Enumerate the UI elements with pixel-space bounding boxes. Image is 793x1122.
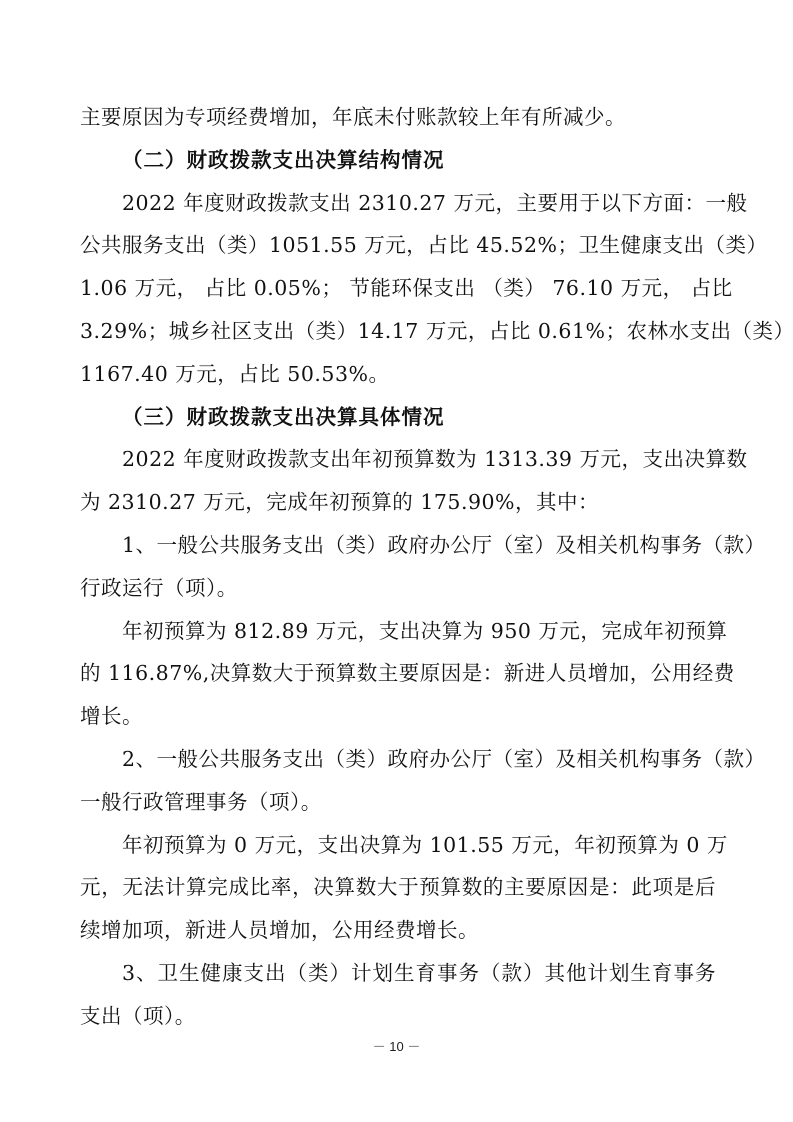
list-item-3-title: 支出（项）。 (80, 995, 716, 1038)
list-item-2-title: 2、一般公共服务支出（类）政府办公厅（室）及相关机构事务（款） (80, 738, 716, 781)
paragraph-line: 元，无法计算完成比率，决算数大于预算数的主要原因是：此项是后 (80, 866, 716, 909)
paragraph-line: 续增加项，新进人员增加，公用经费增长。 (80, 909, 716, 952)
paragraph-line: 1167.40 万元，占比 50.53%。 (80, 353, 716, 396)
paragraph-line: 2022 年度财政拨款支出年初预算数为 1313.39 万元，支出决算数 (80, 438, 716, 481)
page-number: － 10 － (0, 1036, 793, 1055)
section-heading-details: （三）财政拨款支出决算具体情况 (80, 396, 716, 439)
paragraph-line: 的 116.87%,决算数大于预算数主要原因是：新进人员增加，公用经费 (80, 652, 716, 695)
paragraph-line: 为 2310.27 万元，完成年初预算的 175.90%，其中： (80, 481, 716, 524)
list-item-3-title: 3、卫生健康支出（类）计划生育事务（款）其他计划生育事务 (80, 952, 716, 995)
paragraph-line: 增长。 (80, 695, 716, 738)
paragraph-line: 3.29%；城乡社区支出（类）14.17 万元，占比 0.61%；农林水支出（类… (80, 310, 716, 353)
section-heading-structure: （二）财政拨款支出决算结构情况 (80, 139, 716, 182)
paragraph-line: 主要原因为专项经费增加，年底未付账款较上年有所减少。 (80, 96, 716, 139)
paragraph-line: 2022 年度财政拨款支出 2310.27 万元，主要用于以下方面：一般 (80, 182, 716, 225)
paragraph-line: 公共服务支出（类）1051.55 万元，占比 45.52%；卫生健康支出（类） (80, 224, 716, 267)
list-item-2-title: 一般行政管理事务（项）。 (80, 781, 716, 824)
paragraph-line: 1.06 万元， 占比 0.05%； 节能环保支出 （类） 76.10 万元， … (80, 267, 716, 310)
document-page: 主要原因为专项经费增加，年底未付账款较上年有所减少。 （二）财政拨款支出决算结构… (80, 96, 716, 1038)
paragraph-line: 年初预算为 0 万元，支出决算为 101.55 万元，年初预算为 0 万 (80, 824, 716, 867)
list-item-1-title: 行政运行（项）。 (80, 567, 716, 610)
paragraph-line: 年初预算为 812.89 万元，支出决算为 950 万元，完成年初预算 (80, 610, 716, 653)
list-item-1-title: 1、一般公共服务支出（类）政府办公厅（室）及相关机构事务（款） (80, 524, 716, 567)
